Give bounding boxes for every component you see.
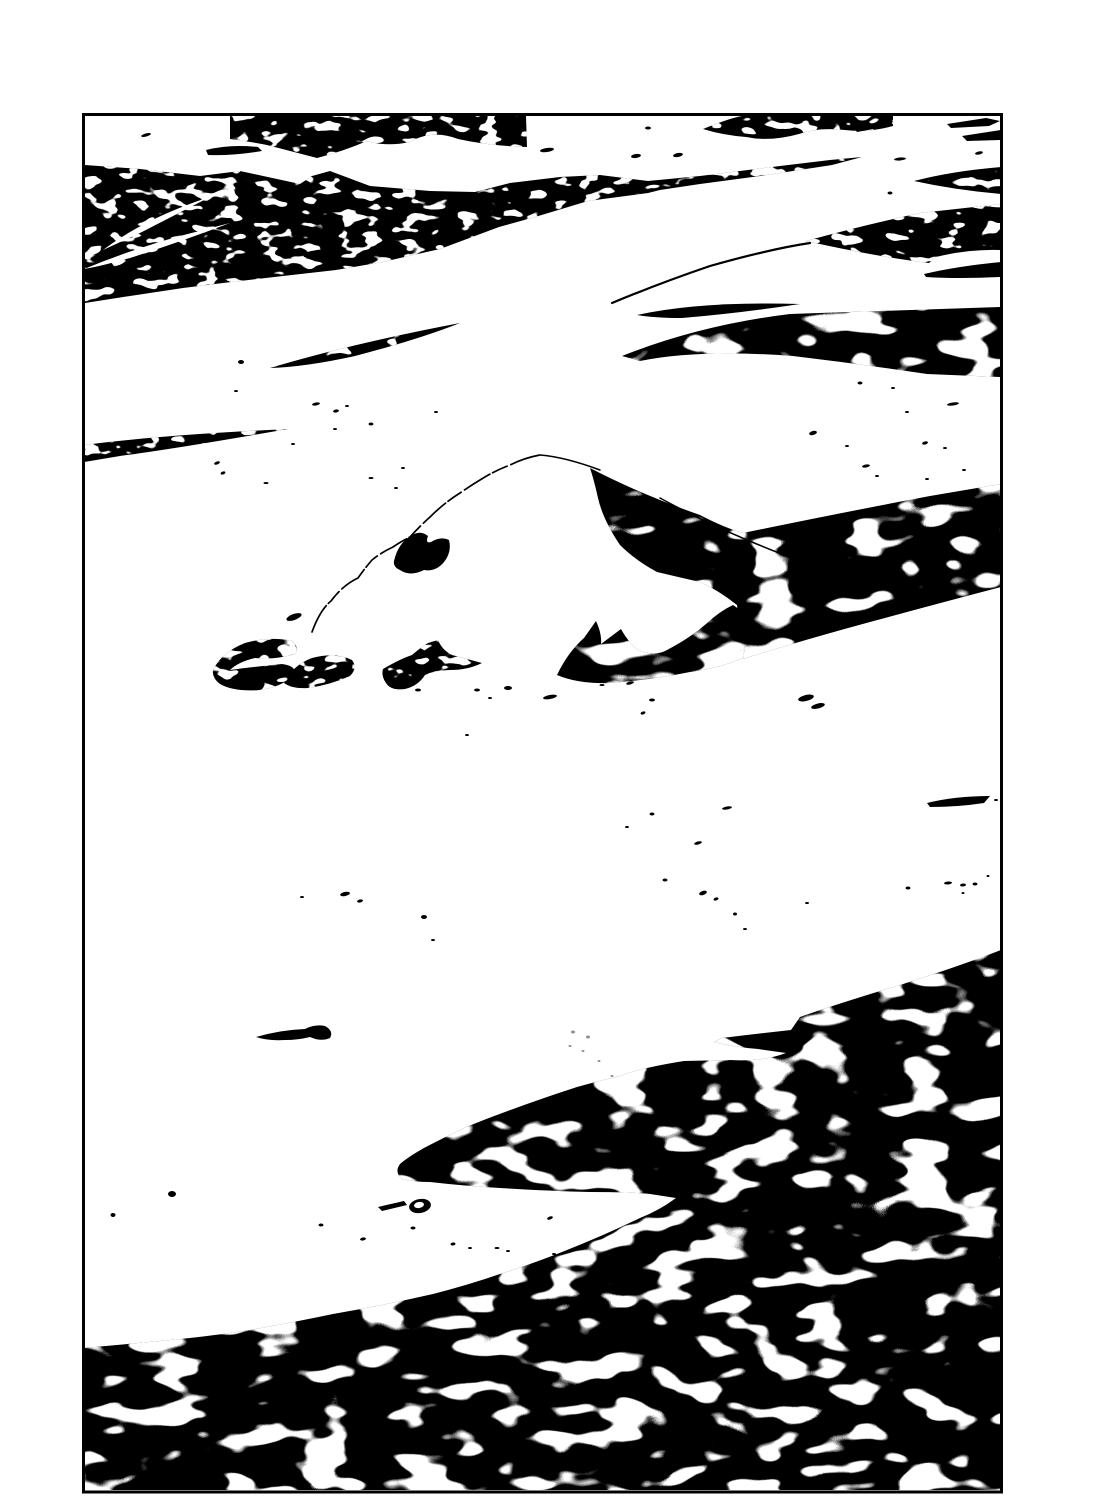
mound-base-lobe <box>557 605 746 683</box>
mound-rock-patch <box>394 533 450 574</box>
terrain-speck <box>319 1224 324 1227</box>
terrain-speck <box>333 428 337 430</box>
faint-speck <box>611 1075 614 1077</box>
terrain-speck <box>663 879 668 882</box>
terrain-speck <box>465 734 469 736</box>
terrain-speck <box>811 702 826 710</box>
terrain-speck <box>650 813 655 816</box>
terrain-speck <box>360 1237 366 1241</box>
terrain-speck <box>973 883 978 886</box>
manga-page <box>0 0 1114 1500</box>
terrain-speck <box>504 686 512 690</box>
faint-speck <box>582 1050 585 1052</box>
terrain-speck <box>906 887 911 890</box>
terrain-speck <box>111 1213 116 1217</box>
terrain-speck <box>411 1227 416 1230</box>
terrain-speck <box>805 902 809 904</box>
terrain-speck <box>369 477 374 479</box>
terrain-speck <box>345 405 349 407</box>
terrain-speck <box>468 1247 472 1249</box>
terrain-speck <box>474 689 480 692</box>
terrain-speck <box>168 1191 176 1197</box>
terrain-speck <box>291 443 295 445</box>
terrain-speck <box>264 482 269 484</box>
terrain-speck <box>238 360 244 364</box>
cluster-dash <box>378 1201 407 1211</box>
base-blob-3 <box>382 640 482 689</box>
terrain-speck <box>905 411 909 413</box>
terrain-speck <box>543 694 557 700</box>
terrain-speck <box>369 423 374 426</box>
terrain-speck <box>922 441 929 445</box>
terrain-speck <box>285 611 302 622</box>
terrain-speck <box>645 127 651 130</box>
terrain-speck <box>357 899 363 903</box>
terrain-speck <box>947 402 959 407</box>
mid-crescent-sliver <box>637 303 800 318</box>
terrain-speck <box>798 693 815 703</box>
corner-dash-1 <box>947 118 1000 128</box>
right-edge-sliver <box>927 796 990 807</box>
terrain-speck <box>925 478 929 480</box>
terrain-speck <box>333 409 339 413</box>
terrain-speck <box>640 711 646 716</box>
top-dash-left <box>206 146 262 155</box>
terrain-speck <box>743 928 747 930</box>
terrain-speck <box>600 684 605 686</box>
mound-outline-right <box>540 455 600 470</box>
terrain-speck <box>340 891 351 897</box>
right-top-sliver <box>914 167 1001 194</box>
base-blob-2 <box>284 655 355 688</box>
terrain-speck <box>450 1242 455 1246</box>
terrain-speck <box>987 875 990 877</box>
terrain-speck <box>875 475 879 477</box>
terrain-speck <box>625 826 629 828</box>
terrain-speck <box>888 192 893 195</box>
terrain-speck <box>809 430 818 436</box>
faint-speck <box>571 1031 575 1034</box>
terrain-speck <box>506 1250 510 1252</box>
top-band-left <box>230 116 527 158</box>
mid-right-sliver <box>924 262 1001 278</box>
scree-band-main <box>85 157 862 303</box>
terrain-speck <box>552 1253 556 1255</box>
terrain-speck <box>962 469 966 471</box>
terrain-speck <box>540 147 554 153</box>
terrain-speck <box>733 913 737 916</box>
terrain-speck <box>415 689 421 692</box>
terrain-speck <box>858 382 863 385</box>
terrain-speck <box>547 1216 554 1221</box>
terrain-speck <box>862 464 870 468</box>
snow-speck <box>85 1292 104 1302</box>
terrain-speck <box>300 896 304 898</box>
faint-speck <box>569 1045 572 1047</box>
terrain-speck <box>649 699 655 702</box>
thin-crescent-upper <box>270 323 460 368</box>
terrain-speck <box>421 915 427 919</box>
terrain-speck <box>845 445 849 447</box>
terrain-speck <box>673 152 684 158</box>
mid-right-band-upper <box>806 204 1001 263</box>
terrain-speck <box>894 157 906 161</box>
terrain-speck <box>694 841 703 846</box>
terrain-speck <box>994 799 998 801</box>
faint-speck <box>586 1036 590 1039</box>
terrain-speck <box>891 387 895 389</box>
terrain-speck <box>234 390 238 392</box>
terrain-speck <box>699 890 708 896</box>
terrain-speck <box>431 939 435 941</box>
panel-canvas <box>0 0 1114 1500</box>
terrain-speck <box>434 411 438 413</box>
bottom-scree-mass <box>84 950 1001 1491</box>
mound-shadow-band <box>590 468 1001 659</box>
terrain-speck <box>214 461 221 466</box>
thin-crescent-left <box>84 429 288 462</box>
terrain-speck <box>722 806 732 811</box>
terrain-speck <box>394 487 398 489</box>
terrain-speck <box>713 897 719 902</box>
faint-speck <box>598 1060 601 1062</box>
hook-sliver <box>256 1025 331 1040</box>
whisker-line <box>612 243 810 303</box>
terrain-speck <box>488 697 492 699</box>
terrain-speck <box>975 151 983 156</box>
terrain-speck <box>401 467 405 469</box>
terrain-speck <box>960 883 966 887</box>
terrain-speck <box>141 132 151 137</box>
terrain-speck <box>312 402 320 406</box>
terrain-speck <box>495 1247 500 1249</box>
terrain-speck <box>944 881 952 885</box>
terrain-speck <box>220 471 226 476</box>
terrain-speck <box>962 892 965 894</box>
terrain-speck <box>943 447 947 449</box>
corner-dash-2 <box>962 130 1001 141</box>
terrain-speck <box>631 153 641 158</box>
